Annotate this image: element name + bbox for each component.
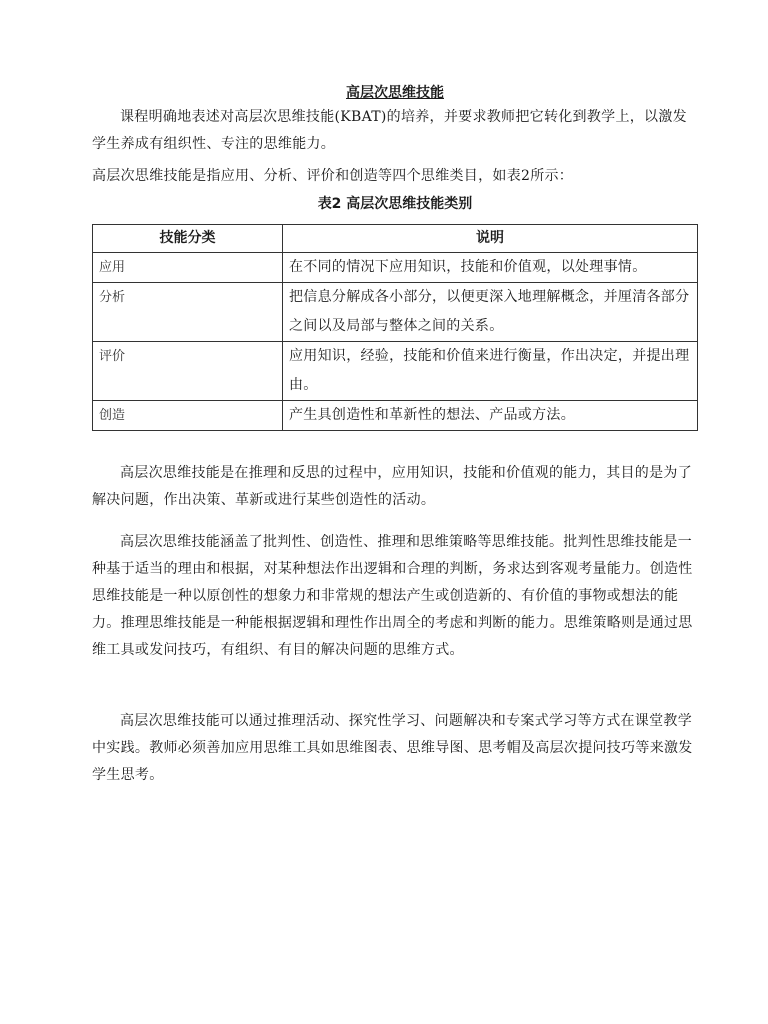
skills-table: 技能分类 说明 应用 在不同的情况下应用知识，技能和价值观，以处理事情。 分析 … [92, 224, 698, 431]
table-header-row: 技能分类 说明 [93, 225, 698, 253]
row-description: 应用知识，经验，技能和价值来进行衡量，作出决定，并提出理由。 [283, 342, 698, 401]
row-category: 应用 [93, 253, 283, 283]
row-category: 评价 [93, 342, 283, 401]
row-description: 产生具创造性和革新性的想法、产品或方法。 [283, 401, 698, 431]
table-row: 创造 产生具创造性和革新性的想法、产品或方法。 [93, 401, 698, 431]
table-row: 应用 在不同的情况下应用知识，技能和价值观，以处理事情。 [93, 253, 698, 283]
header-category: 技能分类 [93, 225, 283, 253]
row-description: 把信息分解成各小部分，以便更深入地理解概念，并厘清各部分之间以及局部与整体之间的… [283, 283, 698, 342]
body-paragraph-3: 高层次思维技能可以通过推理活动、探究性学习、问题解决和专案式学习等方式在课堂教学… [92, 708, 698, 789]
row-category: 分析 [93, 283, 283, 342]
body-paragraph-1: 高层次思维技能是在推理和反思的过程中，应用知识，技能和价值观的能力，其目的是为了… [92, 460, 698, 514]
body-paragraph-2: 高层次思维技能涵盖了批判性、创造性、推理和思维策略等思维技能。批判性思维技能是一… [92, 529, 698, 664]
header-description: 说明 [283, 225, 698, 253]
intro-paragraph-2: 高层次思维技能是指应用、分析、评价和创造等四个思维类目，如表2所示： [92, 163, 698, 190]
table-row: 评价 应用知识，经验，技能和价值来进行衡量，作出决定，并提出理由。 [93, 342, 698, 401]
table-caption: 表2 高层次思维技能类别 [92, 194, 698, 214]
table-row: 分析 把信息分解成各小部分，以便更深入地理解概念，并厘清各部分之间以及局部与整体… [93, 283, 698, 342]
row-category: 创造 [93, 401, 283, 431]
document-title: 高层次思维技能 [92, 83, 698, 103]
row-description: 在不同的情况下应用知识，技能和价值观，以处理事情。 [283, 253, 698, 283]
intro-paragraph-1: 课程明确地表述对高层次思维技能(KBAT)的培养，并要求教师把它转化到教学上，以… [92, 104, 698, 158]
